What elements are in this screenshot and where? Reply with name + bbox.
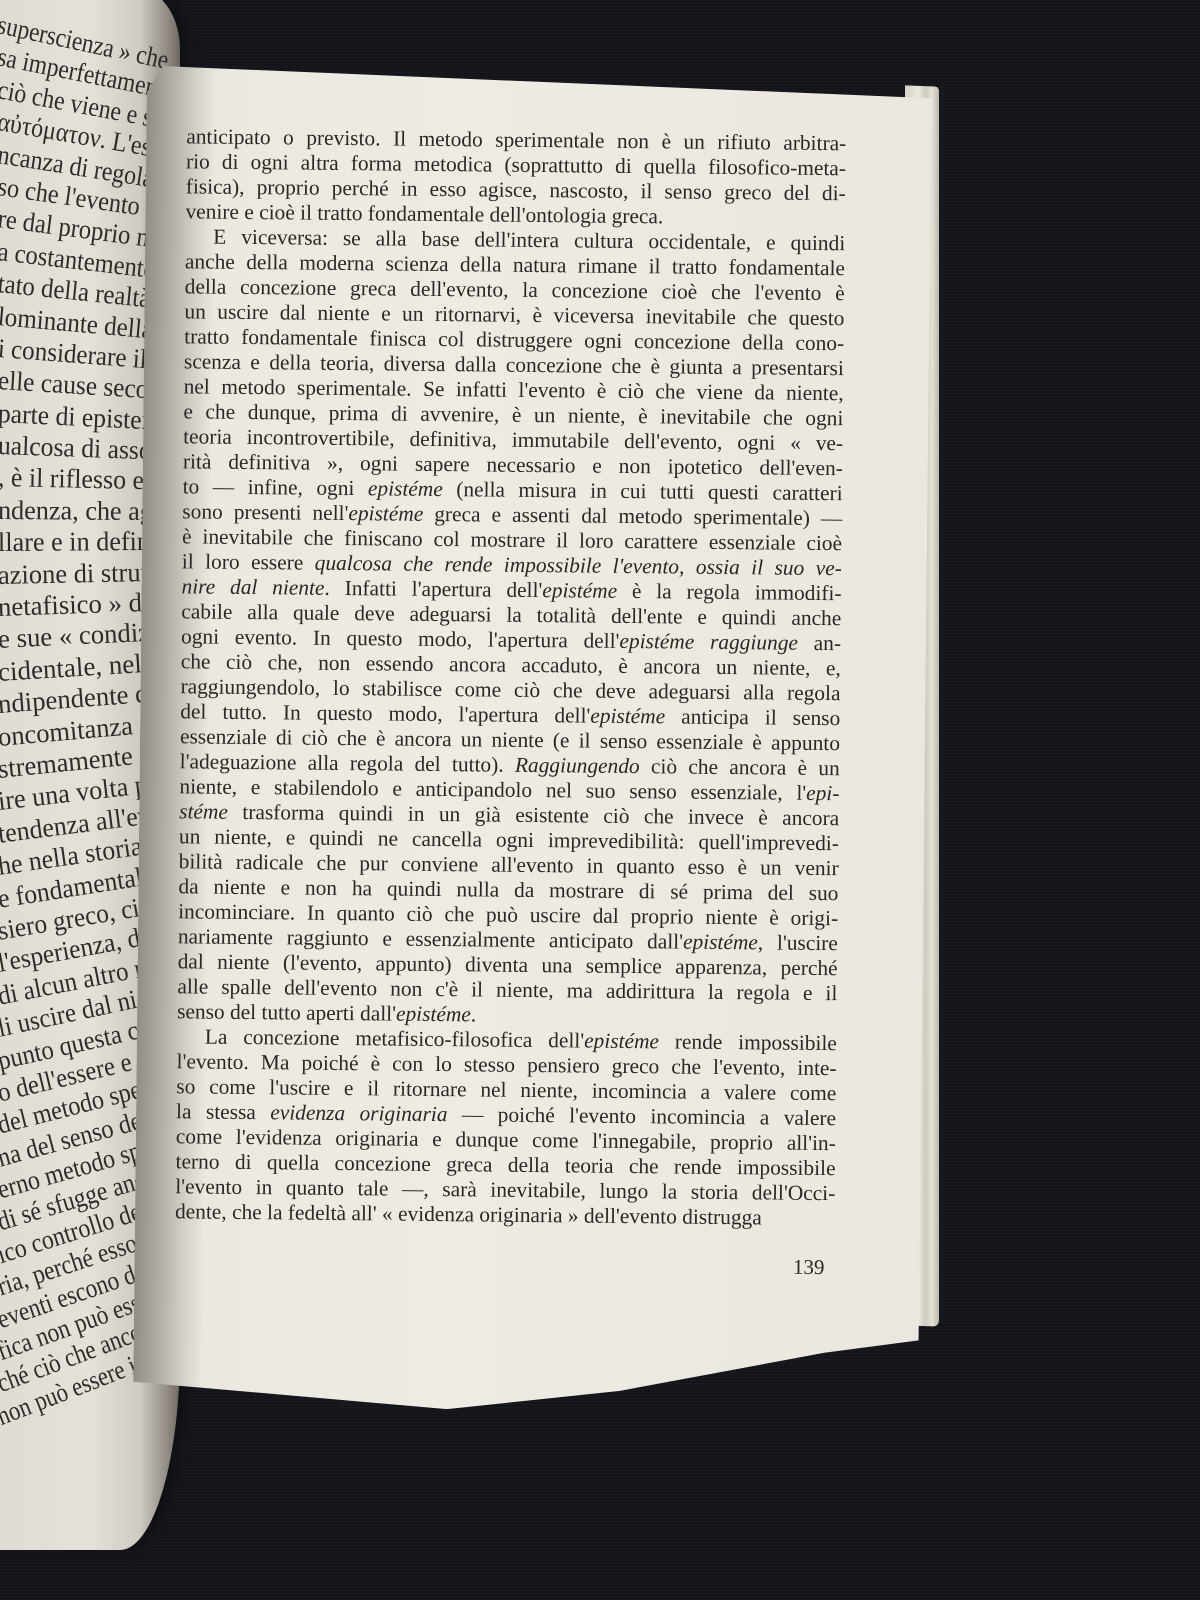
text-run: (nella misura in cui tutti questi caratt… (443, 477, 843, 505)
left-page-line: llare e in definitiva (0, 525, 163, 559)
italic-term: epistéme (368, 476, 443, 501)
text-run: ciò che ancora è un (640, 754, 840, 780)
body-text: anticipato o previsto. Il metodo sperime… (175, 124, 846, 1231)
left-page-line: , è il riflesso e la (0, 461, 162, 497)
italic-term: epistéme (590, 704, 665, 729)
italic-term: epistéme (683, 930, 758, 955)
paragraph: E viceversa: se alla base dell'intera cu… (177, 224, 845, 1031)
text-run: sono presenti nell' (182, 499, 348, 525)
text-run: . (471, 1002, 477, 1026)
text-run: , l'uscire (758, 930, 838, 955)
text-run: la stessa (176, 1099, 270, 1124)
text-run: anticipa il senso (665, 704, 840, 730)
text-run: an- (798, 631, 841, 655)
italic-term: epistéme (542, 578, 617, 603)
text-run: greca e assenti dal metodo sperimentale)… (423, 502, 842, 530)
italic-term: stéme (179, 799, 228, 824)
paragraph: La concezione metafisico-filosofica dell… (175, 1024, 837, 1231)
italic-term: epistéme (348, 501, 423, 526)
text-run: il loro essere (182, 549, 315, 574)
text-run: l'adeguazione alla regola del tutto). (180, 749, 515, 777)
text-run: — poiché l'evento incomincia a valere (447, 1102, 836, 1130)
italic-term: epistéme (396, 1002, 471, 1027)
text-run: La concezione metafisico-filosofica dell… (205, 1025, 585, 1053)
text-run: ogni evento. In questo modo, l'apertura … (181, 624, 620, 653)
text-run: del tutto. In questo modo, l'apertura de… (180, 699, 590, 727)
text-run: dente, che la fedeltà all' « evidenza or… (175, 1199, 762, 1229)
text-run: to — infine, ogni (183, 474, 369, 500)
text-run: rende impossibile (659, 1029, 837, 1055)
italic-term: evidenza originaria (270, 1100, 447, 1126)
text-run: . Infatti l'apertura dell' (324, 576, 542, 602)
page-number: 139 (793, 1255, 825, 1280)
italic-term: epistéme raggiunge (619, 629, 798, 655)
left-page-line: ndenza, che agisce n (0, 494, 163, 528)
italic-term: nire dal niente (181, 574, 324, 599)
text-run: senso del tutto aperti dall' (177, 999, 396, 1025)
italic-term: epistéme (584, 1029, 659, 1054)
photo-scene: superscienza » chesa imperfettamenteciò … (0, 0, 1200, 1600)
italic-term: epi- (806, 781, 840, 805)
paragraph: anticipato o previsto. Il metodo sperime… (185, 124, 846, 231)
italic-term: Raggiungendo (515, 753, 640, 778)
text-run: venire e cioè il tratto fondamentale del… (185, 199, 663, 228)
text-run: è la regola immodifi- (617, 579, 842, 605)
right-page: anticipato o previsto. Il metodo sperime… (133, 66, 932, 1414)
